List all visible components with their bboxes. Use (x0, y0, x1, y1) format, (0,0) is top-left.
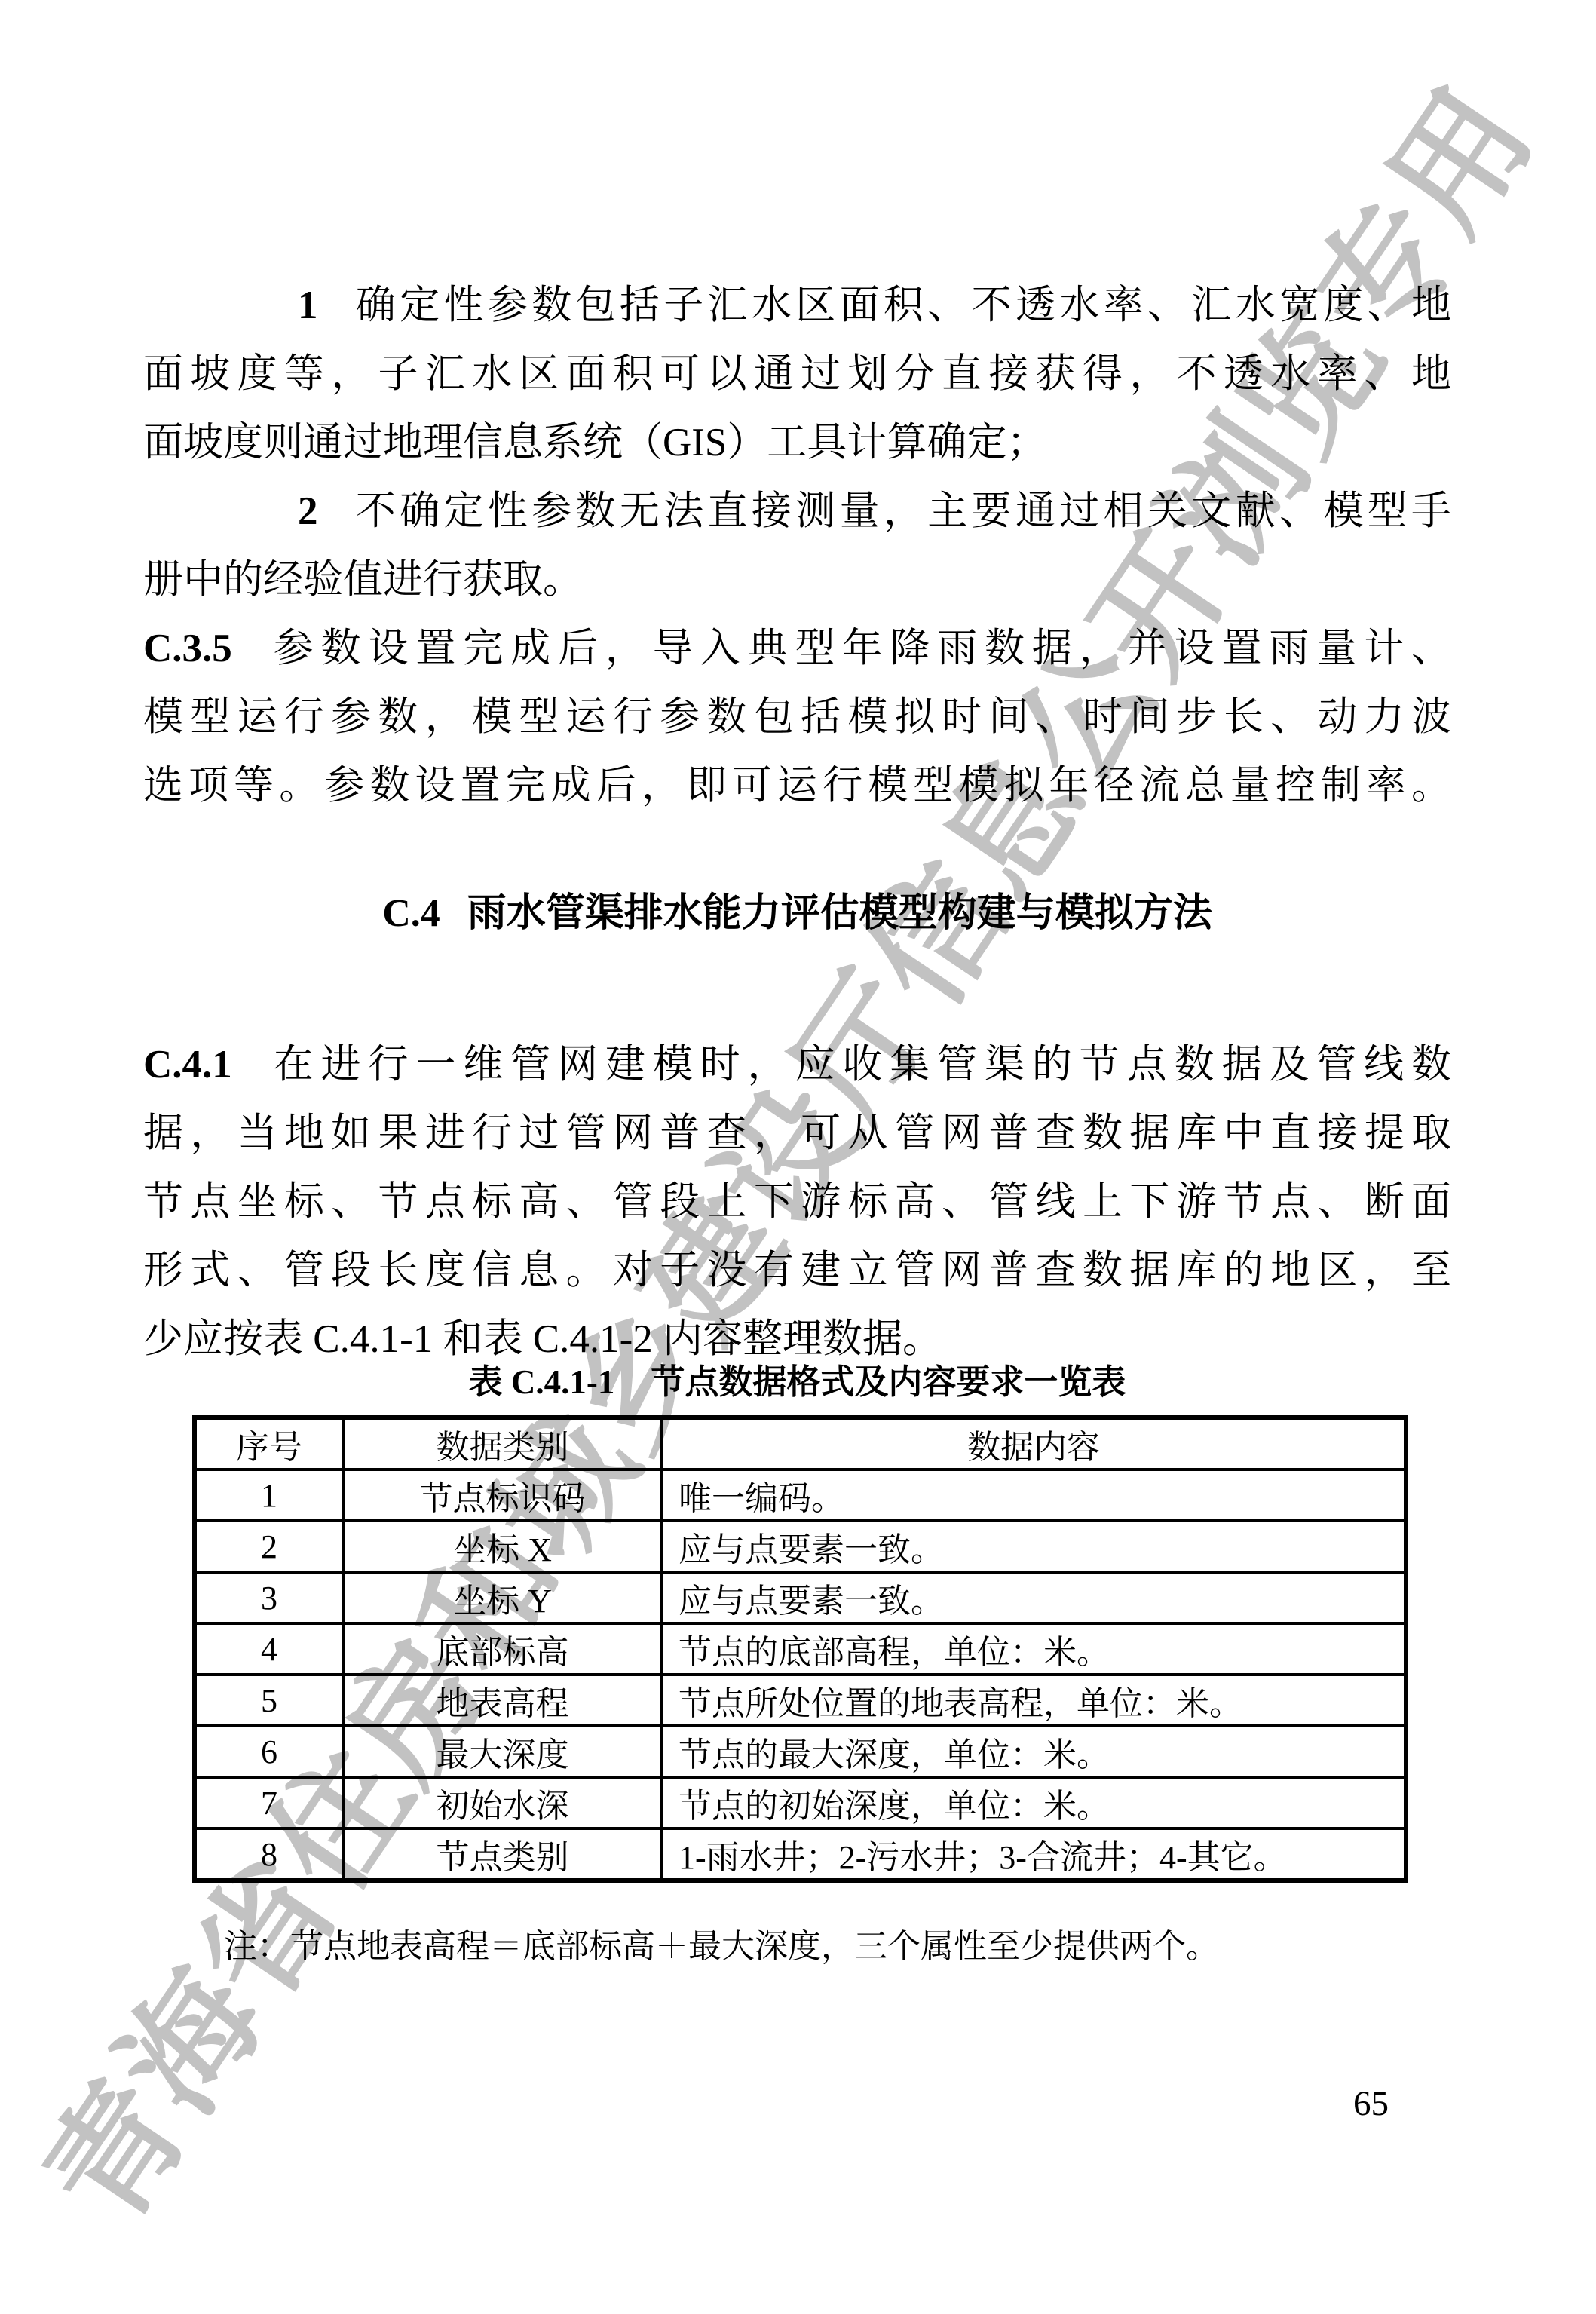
node-data-table: 序号 数据类别 数据内容 1 节点标识码 唯一编码。 2 坐标 X 应与点要素一… (192, 1415, 1408, 1883)
table-row: 2 坐标 X 应与点要素一致。 (195, 1521, 1406, 1572)
para-item2-line2: 册中的经验值进行获取。 (143, 556, 1451, 604)
c35-clause-number: C.3.5 (143, 627, 232, 670)
header-category: 数据类别 (343, 1418, 662, 1470)
cell-seq: 3 (195, 1572, 343, 1623)
table-row: 3 坐标 Y 应与点要素一致。 (195, 1572, 1406, 1623)
table-note: 注：节点地表高程＝底部标高＋最大深度，三个属性至少提供两个。 (224, 1926, 1219, 1968)
heading-number: C.4 (382, 892, 440, 935)
document-page: 青海省住房和城乡建设厅信息公开浏览专用 1确定性参数包括子汇水区面积、不透水率、… (0, 0, 1596, 2314)
cell-content: 节点的最大深度，单位：米。 (662, 1726, 1406, 1777)
cell-category: 坐标 X (343, 1521, 662, 1572)
cell-category: 节点标识码 (343, 1470, 662, 1521)
cell-category: 节点类别 (343, 1828, 662, 1880)
cell-seq: 1 (195, 1470, 343, 1521)
para-c35-line1: C.3.5参数设置完成后，导入典型年降雨数据，并设置雨量计、 (143, 624, 1451, 673)
cell-content: 唯一编码。 (662, 1470, 1406, 1521)
table-row: 5 地表高程 节点所处位置的地表高程，单位：米。 (195, 1675, 1406, 1726)
table-row: 1 节点标识码 唯一编码。 (195, 1470, 1406, 1521)
item1-text-line1: 确定性参数包括子汇水区面积、不透水率、汇水宽度、地 (352, 284, 1452, 327)
table-row: 8 节点类别 1-雨水井；2-污水井；3-合流井；4-其它。 (195, 1828, 1406, 1880)
para-c41-line4: 形式、管段长度信息。对于没有建立管网普查数据库的地区，至 (143, 1246, 1451, 1295)
cell-seq: 4 (195, 1623, 343, 1675)
table-row: 7 初始水深 节点的初始深度，单位：米。 (195, 1777, 1406, 1828)
item2-text-line1: 不确定性参数无法直接测量，主要通过相关文献、模型手 (352, 489, 1452, 533)
c41-text-line1: 在进行一维管网建模时，应收集管渠的节点数据及管线数 (266, 1043, 1451, 1087)
cell-content: 节点的初始深度，单位：米。 (662, 1777, 1406, 1828)
item2-number: 2 (298, 489, 318, 533)
para-c41-line5: 少应按表 C.4.1-1 和表 C.4.1-2 内容整理数据。 (143, 1315, 1451, 1363)
cell-seq: 6 (195, 1726, 343, 1777)
para-item2-line1: 2不确定性参数无法直接测量，主要通过相关文献、模型手 (143, 487, 1451, 535)
page-number: 65 (1353, 2084, 1389, 2123)
heading-title: 雨水管渠排水能力评估模型构建与模拟方法 (467, 891, 1212, 935)
table-row: 4 底部标高 节点的底部高程，单位：米。 (195, 1623, 1406, 1675)
para-c41-line2: 据，当地如果进行过管网普查，可从管网普查数据库中直接提取 (143, 1109, 1451, 1157)
para-item1-line2: 面坡度等，子汇水区面积可以通过划分直接获得，不透水率、地 (143, 350, 1451, 398)
cell-seq: 5 (195, 1675, 343, 1726)
table-title-number: 表 C.4.1-1 (469, 1363, 615, 1401)
cell-seq: 7 (195, 1777, 343, 1828)
cell-category: 最大深度 (343, 1726, 662, 1777)
para-item1-line1: 1确定性参数包括子汇水区面积、不透水率、汇水宽度、地 (143, 281, 1451, 329)
table-title: 表 C.4.1-1节点数据格式及内容要求一览表 (143, 1362, 1451, 1402)
cell-seq: 2 (195, 1521, 343, 1572)
para-item1-line3: 面坡度则通过地理信息系统（GIS）工具计算确定； (143, 418, 1451, 467)
cell-category: 地表高程 (343, 1675, 662, 1726)
cell-content: 1-雨水井；2-污水井；3-合流井；4-其它。 (662, 1828, 1406, 1880)
table-title-text: 节点数据格式及内容要求一览表 (651, 1362, 1126, 1401)
cell-content: 应与点要素一致。 (662, 1521, 1406, 1572)
para-c35-line3: 选项等。参数设置完成后，即可运行模型模拟年径流总量控制率。 (143, 762, 1451, 810)
para-c35-line2: 模型运行参数，模型运行参数包括模拟时间、时间步长、动力波 (143, 693, 1451, 741)
cell-content: 节点所处位置的地表高程，单位：米。 (662, 1675, 1406, 1726)
item1-number: 1 (298, 284, 318, 327)
c41-clause-number: C.4.1 (143, 1043, 232, 1087)
header-content: 数据内容 (662, 1418, 1406, 1470)
cell-content: 应与点要素一致。 (662, 1572, 1406, 1623)
table-header-row: 序号 数据类别 数据内容 (195, 1418, 1406, 1470)
cell-category: 坐标 Y (343, 1572, 662, 1623)
table-row: 6 最大深度 节点的最大深度，单位：米。 (195, 1726, 1406, 1777)
cell-seq: 8 (195, 1828, 343, 1880)
header-seq: 序号 (195, 1418, 343, 1470)
cell-content: 节点的底部高程，单位：米。 (662, 1623, 1406, 1675)
cell-category: 底部标高 (343, 1623, 662, 1675)
section-heading-c4: C.4雨水管渠排水能力评估模型构建与模拟方法 (143, 890, 1451, 936)
c35-text-line1: 参数设置完成后，导入典型年降雨数据，并设置雨量计、 (266, 627, 1451, 670)
para-c41-line3: 节点坐标、节点标高、管段上下游标高、管线上下游节点、断面 (143, 1178, 1451, 1226)
cell-category: 初始水深 (343, 1777, 662, 1828)
para-c41-line1: C.4.1在进行一维管网建模时，应收集管渠的节点数据及管线数 (143, 1041, 1451, 1089)
